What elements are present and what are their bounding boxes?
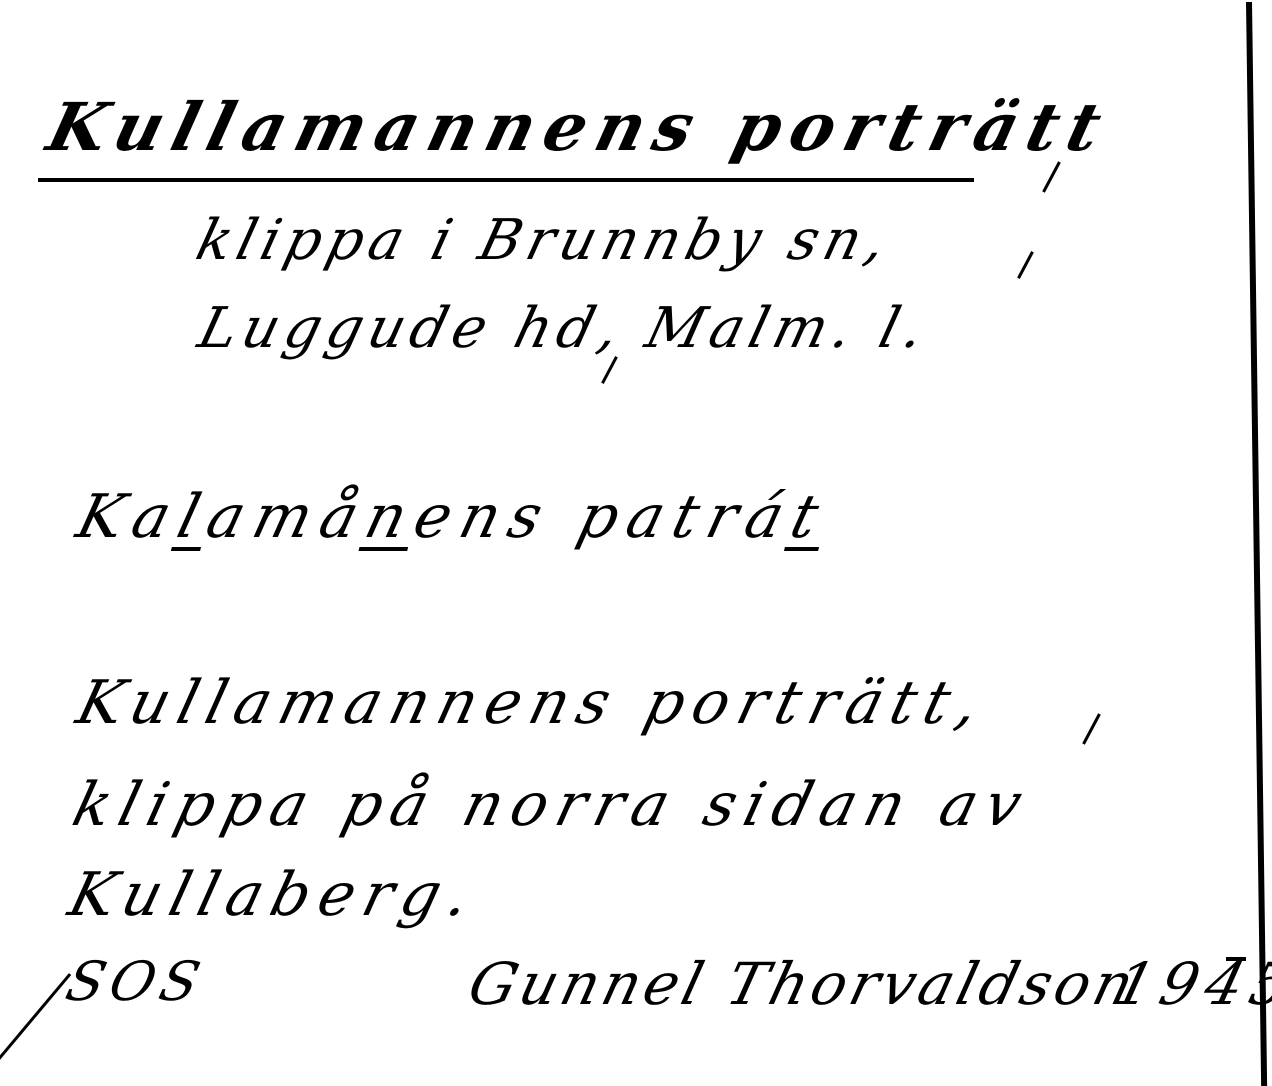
pen-stroke-mark: [1082, 713, 1101, 744]
recorder-signature: Gunnel Thorvaldson: [462, 950, 1144, 1018]
card-right-edge-border: [1246, 2, 1267, 1086]
description-line-1: Kullamannens porträtt,: [70, 668, 995, 738]
record-year: 1945.: [1108, 950, 1272, 1018]
archive-card: Kullamannens porträtt klippa i Brunnby s…: [0, 0, 1272, 1086]
edge-dash-mark: [1226, 957, 1246, 961]
pen-stroke-mark: [1017, 251, 1034, 279]
dialect-part: am: [200, 482, 330, 552]
card-heading: Kullamannens porträtt: [40, 88, 1119, 166]
pen-stroke-mark: [0, 973, 71, 1067]
description-line-3: Kullaberg.: [62, 860, 486, 930]
dialect-form: Kalamånens patrát: [70, 482, 835, 552]
location-line-2: Luggude hd, Malm. l.: [192, 296, 937, 361]
dialect-part: ens p: [407, 482, 637, 552]
description-line-2: klippa på norra sidan av: [66, 770, 1038, 840]
archive-code: SOS: [60, 950, 212, 1013]
heading-underline: [38, 178, 974, 182]
location-line-1: klippa i Brunnby sn,: [190, 208, 899, 273]
